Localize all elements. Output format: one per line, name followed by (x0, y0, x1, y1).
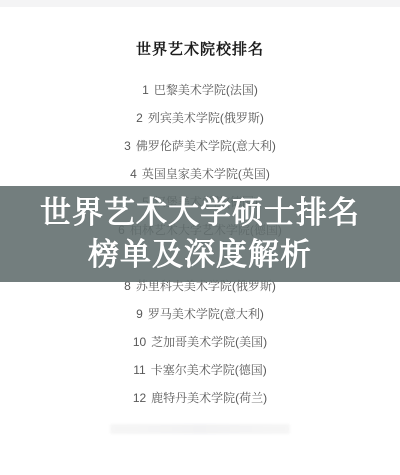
item-rank: 2 (136, 111, 143, 125)
list-item: 10芝加哥美术学院(美国) (0, 328, 400, 356)
item-name: 巴黎美术学院(法国) (154, 83, 258, 97)
list-item: 12鹿特丹美术学院(荷兰) (0, 384, 400, 412)
item-rank: 9 (136, 307, 143, 321)
page-title: 世界艺术院校排名 (0, 38, 400, 59)
item-name: 鹿特丹美术学院(荷兰) (151, 391, 267, 405)
item-name: 英国皇家美术学院(英国) (142, 167, 270, 181)
item-name: 佛罗伦萨美术学院(意大利) (136, 139, 276, 153)
list-item: 11卡塞尔美术学院(德国) (0, 356, 400, 384)
list-item: 1巴黎美术学院(法国) (0, 76, 400, 104)
item-rank: 1 (142, 83, 149, 97)
list-item: 9罗马美术学院(意大利) (0, 300, 400, 328)
item-rank: 10 (133, 335, 146, 349)
item-name: 芝加哥美术学院(美国) (151, 335, 267, 349)
item-name: 卡塞尔美术学院(德国) (151, 363, 267, 377)
list-item: 4英国皇家美术学院(英国) (0, 160, 400, 188)
item-rank: 12 (133, 391, 146, 405)
item-name: 列宾美术学院(俄罗斯) (148, 111, 264, 125)
top-strip-divider (0, 0, 400, 7)
overlay-title-line1: 世界艺术大学硕士排名 (40, 192, 360, 234)
faint-row (110, 424, 290, 434)
list-item: 2列宾美术学院(俄罗斯) (0, 104, 400, 132)
item-rank: 4 (130, 167, 137, 181)
item-rank: 3 (124, 139, 131, 153)
overlay-banner: 世界艺术大学硕士排名 榜单及深度解析 (0, 186, 400, 282)
list-item: 3佛罗伦萨美术学院(意大利) (0, 132, 400, 160)
overlay-title-line2: 榜单及深度解析 (88, 234, 312, 276)
page: 世界艺术院校排名 1巴黎美术学院(法国)2列宾美术学院(俄罗斯)3佛罗伦萨美术学… (0, 0, 400, 475)
item-name: 罗马美术学院(意大利) (148, 307, 264, 321)
item-rank: 11 (133, 363, 145, 377)
